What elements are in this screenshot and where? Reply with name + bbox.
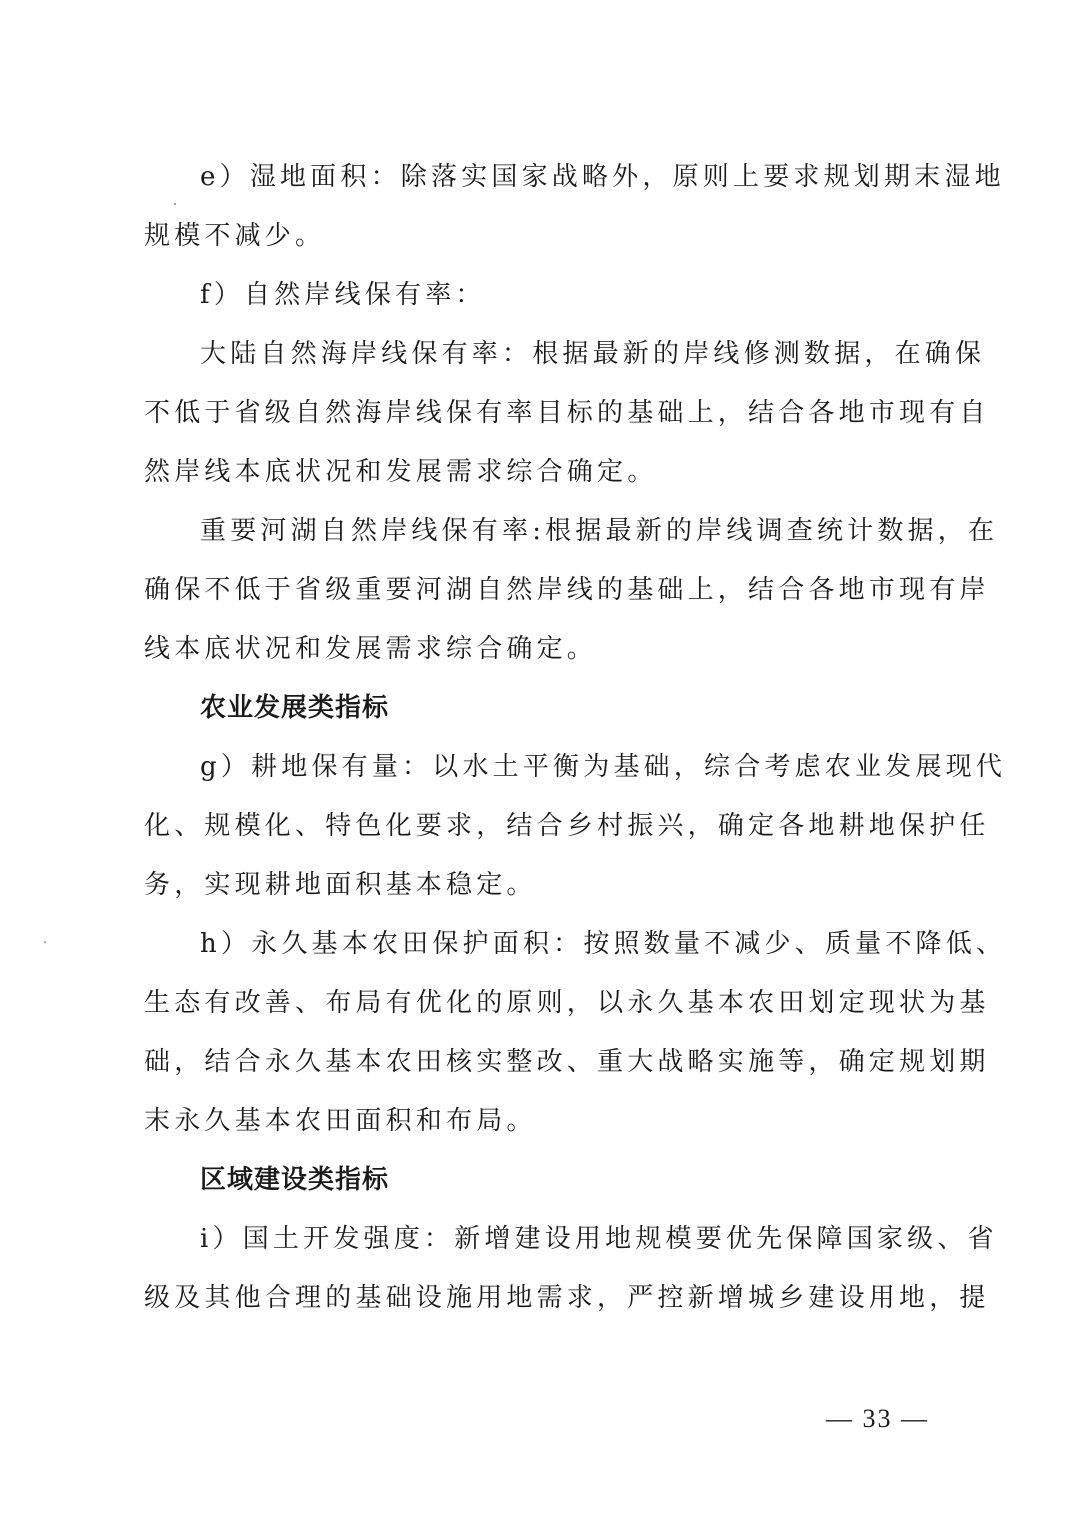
paragraph-farmland-line-3: 务，实现耕地面积基本稳定。 — [144, 868, 924, 902]
page-number: — 33 — — [826, 1402, 929, 1436]
paragraph-wetland-line-1: e）湿地面积：除落实国家战略外，原则上要求规划期末湿地 — [200, 160, 924, 194]
item-shoreline-retention: f）自然岸线保有率： — [200, 278, 924, 312]
paragraph-river-lake-line-2: 确保不低于省级重要河湖自然岸线的基础上，结合各地市现有岸 — [144, 573, 924, 607]
paragraph-basic-farmland-line-1: h）永久基本农田保护面积：按照数量不减少、质量不降低、 — [200, 927, 924, 961]
paragraph-river-lake-line-1: 重要河湖自然岸线保有率:根据最新的岸线调查统计数据，在 — [200, 514, 924, 548]
section-heading-agriculture: 农业发展类指标 — [200, 691, 924, 725]
section-heading-regional: 区域建设类指标 — [200, 1163, 924, 1197]
paragraph-development-intensity-line-1: i）国土开发强度：新增建设用地规模要优先保障国家级、省 — [200, 1222, 924, 1256]
paragraph-basic-farmland-line-4: 末永久基本农田面积和布局。 — [144, 1104, 924, 1138]
paragraph-basic-farmland-line-3: 础，结合永久基本农田核实整改、重大战略实施等，确定规划期 — [144, 1045, 924, 1079]
paragraph-wetland-line-2: 规模不减少。 — [144, 219, 924, 253]
paragraph-farmland-line-1: g）耕地保有量：以水土平衡为基础，综合考虑农业发展现代 — [200, 750, 924, 784]
document-page: e）湿地面积：除落实国家战略外，原则上要求规划期末湿地 规模不减少。 f）自然岸… — [0, 0, 1080, 1527]
paragraph-development-intensity-line-2: 级及其他合理的基础设施用地需求，严控新增城乡建设用地，提 — [144, 1281, 924, 1315]
paragraph-coastline-line-1: 大陆自然海岸线保有率：根据最新的岸线修测数据，在确保 — [200, 337, 924, 371]
paragraph-coastline-line-2: 不低于省级自然海岸线保有率目标的基础上，结合各地市现有自 — [144, 396, 924, 430]
paragraph-basic-farmland-line-2: 生态有改善、布局有优化的原则，以永久基本农田划定现状为基 — [144, 986, 924, 1020]
paragraph-river-lake-line-3: 线本底状况和发展需求综合确定。 — [144, 632, 924, 666]
paragraph-farmland-line-2: 化、规模化、特色化要求，结合乡村振兴，确定各地耕地保护任 — [144, 809, 924, 843]
scan-speck — [44, 941, 46, 943]
paragraph-coastline-line-3: 然岸线本底状况和发展需求综合确定。 — [144, 455, 924, 489]
scan-speck — [174, 203, 176, 205]
